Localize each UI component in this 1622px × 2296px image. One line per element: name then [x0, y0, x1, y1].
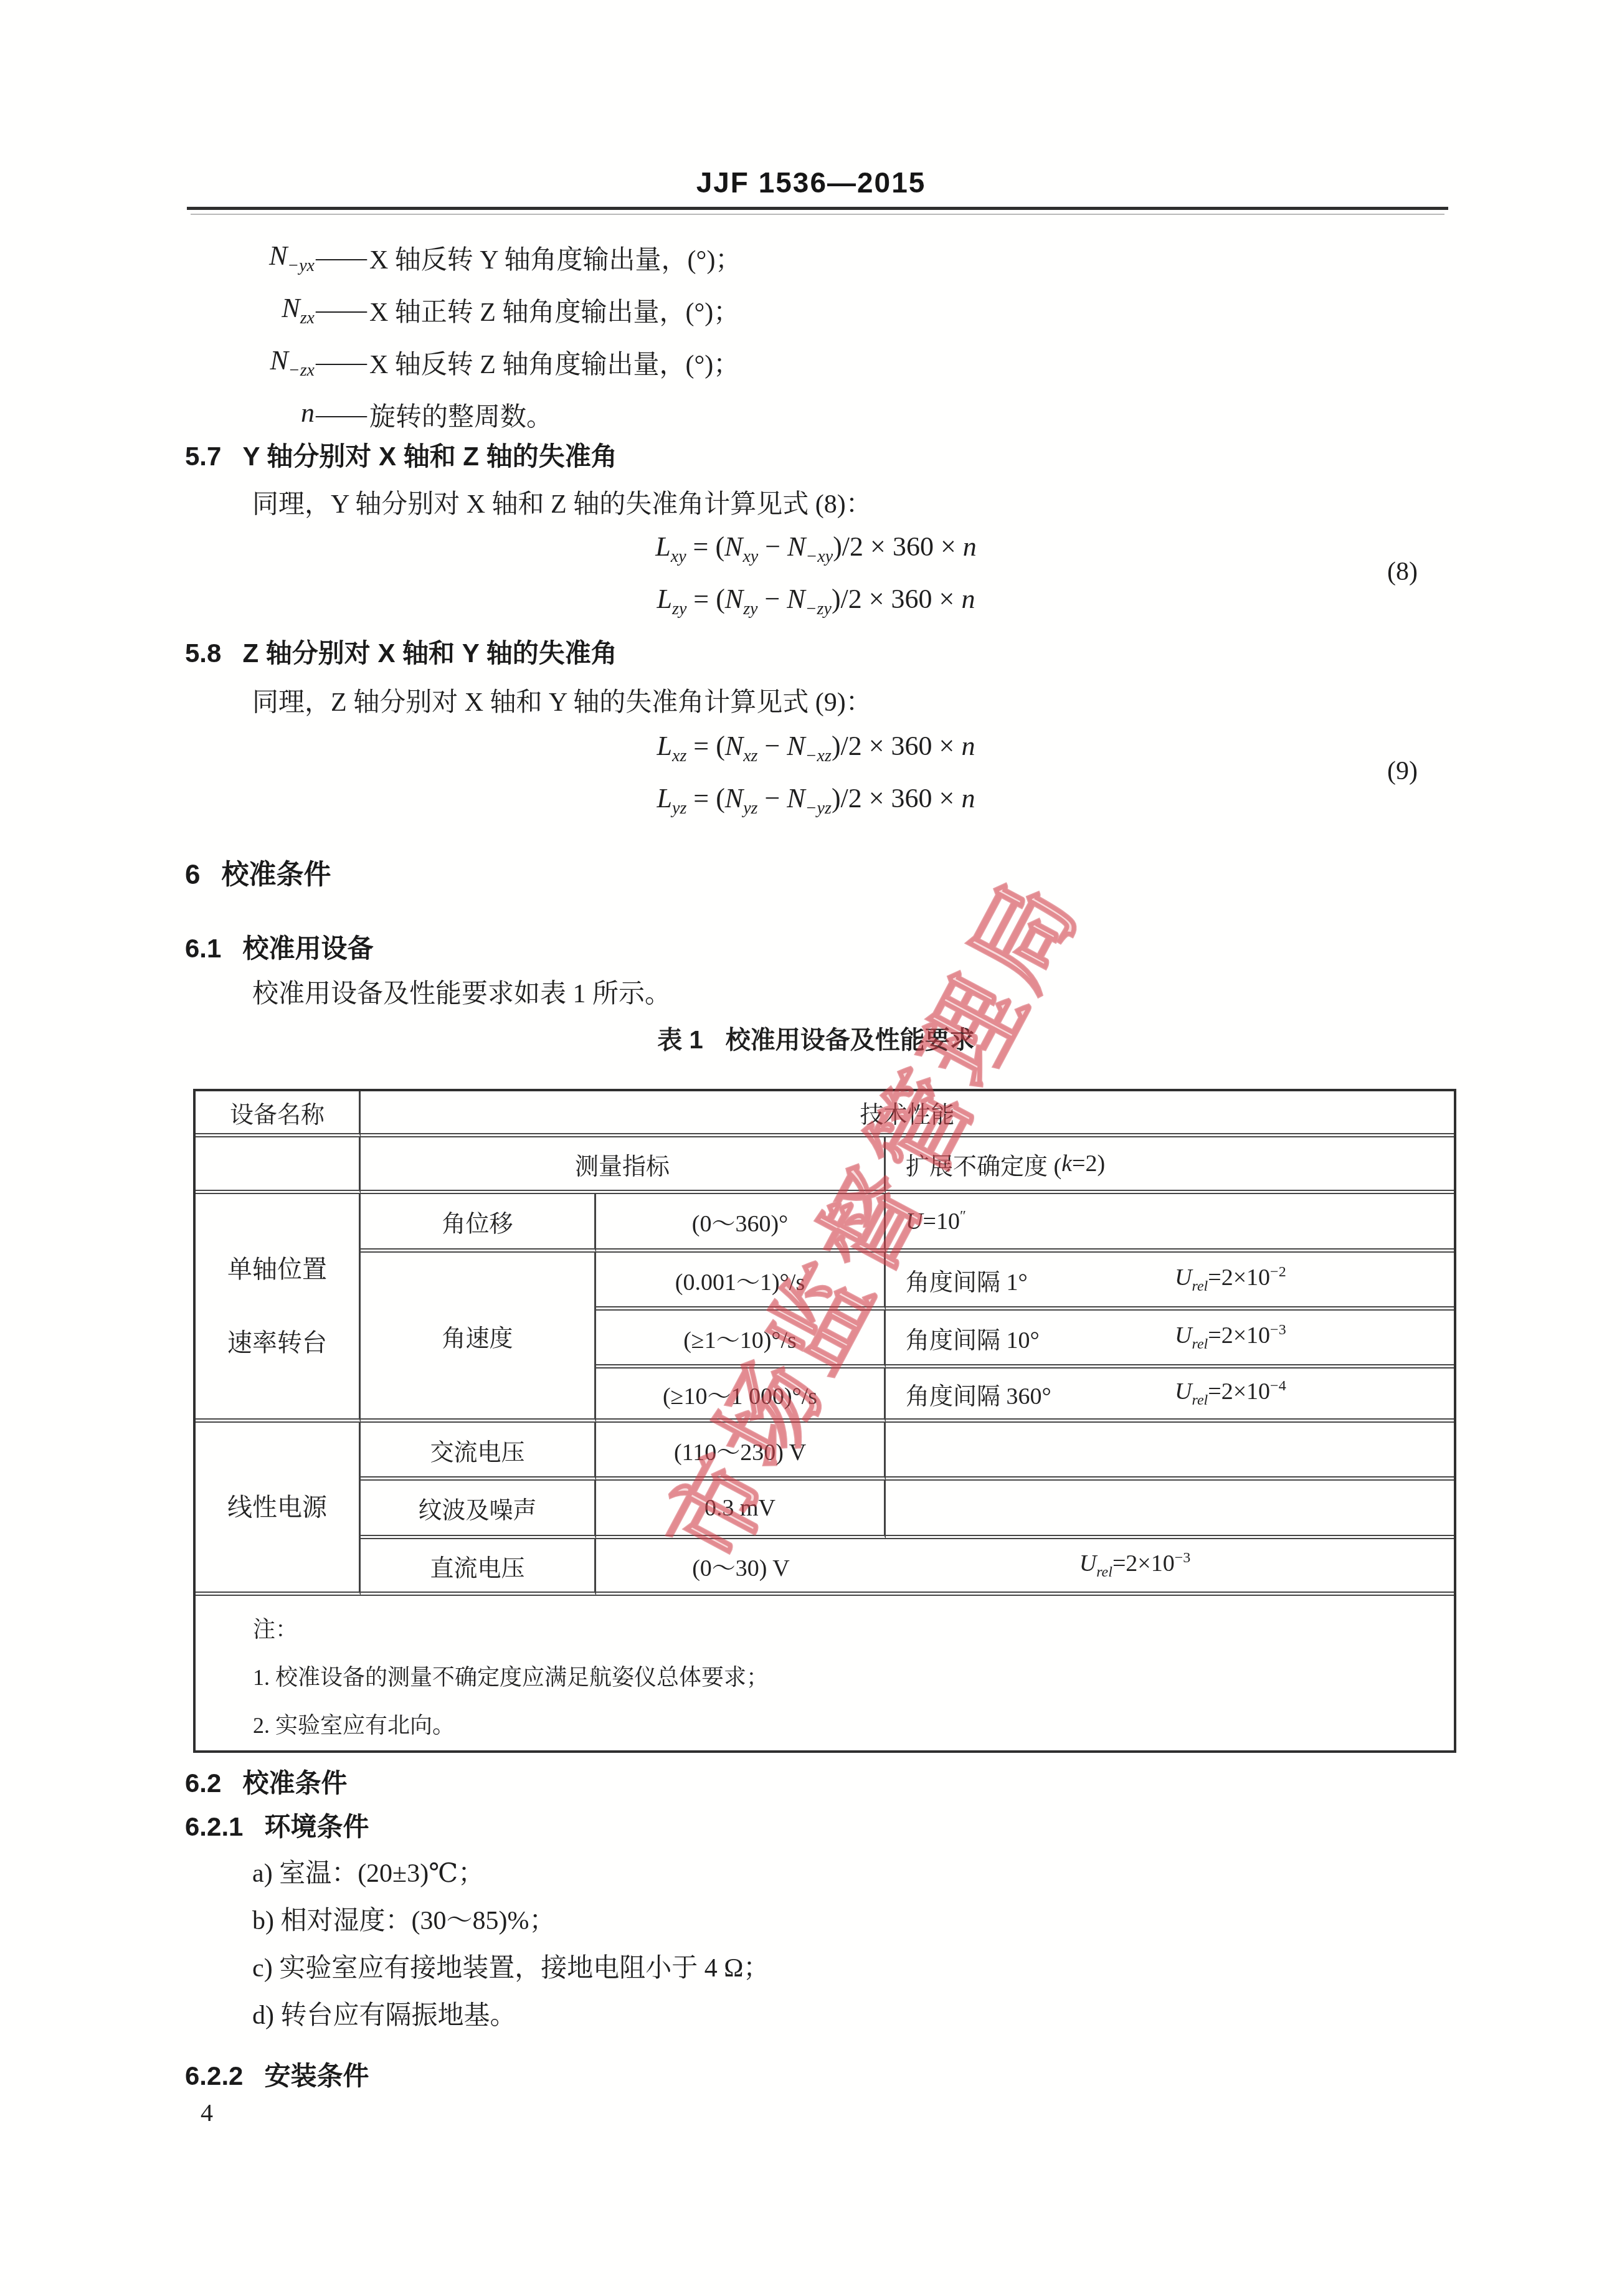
section-heading-5-8: 5.8Z 轴分别对 X 轴和 Y 轴的失准角 — [185, 633, 617, 670]
range-ripple-noise: 0.3 mV — [596, 1481, 886, 1539]
header-measure-metric: 测量指标 — [361, 1137, 886, 1194]
symbol: n — [206, 397, 315, 433]
uncertainty-rate-3: 角度间隔 360° Urel=2×10−4 — [886, 1369, 1454, 1423]
row-dc-voltage: 直流电压 — [361, 1539, 596, 1596]
definition-text: X 轴反转 Y 轴角度输出量，(°)； — [369, 239, 741, 277]
uncertainty-rate-1: 角度间隔 1° Urel=2×10−2 — [886, 1253, 1454, 1311]
formula-9-block: Lxz = (Nxz − N−xz)/2 × 360 × n Lyz = (Ny… — [187, 728, 1445, 840]
env-condition-a: a) 室温：(20±3)℃； — [252, 1852, 484, 1890]
header-tech-performance: 技术性能 — [361, 1091, 1454, 1137]
section-heading-6-2: 6.2校准条件 — [185, 1763, 347, 1800]
formula-line: Lzy = (Nzy − N−zy)/2 × 360 × n — [187, 583, 1445, 619]
section-paragraph-5-8: 同理，Z 轴分别对 X 轴和 Y 轴的失准角计算见式 (9)： — [252, 681, 872, 719]
note-item-1: 1. 校准设备的测量不确定度应满足航姿仪总体要求； — [253, 1654, 769, 1702]
device-group-turntable: 单轴位置速率转台 — [196, 1194, 361, 1423]
env-condition-d: d) 转台应有隔振地基。 — [252, 1995, 516, 2032]
section-paragraph-6-1: 校准用设备及性能要求如表 1 所示。 — [252, 973, 671, 1010]
definition-item: n —— 旋转的整周数。 — [206, 389, 1389, 441]
table-notes: 注： 1. 校准设备的测量不确定度应满足航姿仪总体要求； 2. 实验室应有北向。 — [196, 1596, 1454, 1750]
section-heading-6-2-1: 6.2.1环境条件 — [185, 1806, 369, 1844]
row-ripple-noise: 纹波及噪声 — [361, 1481, 596, 1539]
em-dash: —— — [316, 295, 366, 325]
document-page: JJF 1536—2015 N−yx —— X 轴反转 Y 轴角度输出量，(°)… — [0, 0, 1622, 2296]
section-heading-6: 6校准条件 — [185, 852, 331, 892]
definition-text: 旋转的整周数。 — [369, 396, 553, 434]
definition-item: Nzx —— X 轴正转 Z 轴角度输出量，(°)； — [206, 284, 1389, 336]
header-expanded-uncertainty: 扩展不确定度 (k=2) — [886, 1137, 1454, 1194]
em-dash: —— — [316, 243, 366, 273]
note-item-2: 2. 实验室应有北向。 — [253, 1702, 455, 1750]
uncertainty-rate-2: 角度间隔 10° Urel=2×10−3 — [886, 1311, 1454, 1369]
equation-number: (9) — [1387, 756, 1418, 786]
formula-8-block: Lxy = (Nxy − N−xy)/2 × 360 × n Lzy = (Nz… — [187, 528, 1445, 640]
range-rate-2: (≥1～10)°/s — [596, 1311, 886, 1369]
row-angle-displacement: 角位移 — [361, 1194, 596, 1253]
range-rate-3: (≥10～1 000)°/s — [596, 1369, 886, 1423]
device-group-linear-power: 线性电源 — [196, 1423, 361, 1596]
uncertainty-angle-displacement: U=10″ — [886, 1194, 1454, 1253]
symbol: Nzx — [206, 292, 315, 328]
range-dc-voltage: (0～30) V — [596, 1549, 886, 1583]
header-device-name: 设备名称 — [196, 1091, 361, 1137]
table-caption: 表 1校准用设备及性能要求 — [187, 1020, 1445, 1056]
dc-voltage-merged-cell: (0～30) V Urel=2×10−3 — [596, 1539, 1454, 1596]
header-rule — [187, 207, 1448, 210]
section-heading-5-7: 5.7Y 轴分别对 X 轴和 Z 轴的失准角 — [185, 436, 617, 473]
definition-text: X 轴正转 Z 轴角度输出量，(°)； — [369, 292, 739, 329]
definition-item: N−yx —— X 轴反转 Y 轴角度输出量，(°)； — [206, 232, 1389, 284]
empty-cell — [886, 1481, 1454, 1539]
equation-number: (8) — [1387, 557, 1418, 587]
env-condition-b: b) 相对湿度：(30～85)%； — [252, 1900, 555, 1937]
env-condition-c: c) 实验室应有接地装置，接地电阻小于 4 Ω； — [252, 1947, 769, 1985]
symbol: N−yx — [206, 240, 315, 276]
range-rate-1: (0.001～1)°/s — [596, 1253, 886, 1311]
uncertainty-dc-voltage: Urel=2×10−3 — [886, 1550, 1384, 1581]
section-paragraph-5-7: 同理，Y 轴分别对 X 轴和 Z 轴的失准角计算见式 (8)： — [252, 483, 872, 521]
row-ac-voltage: 交流电压 — [361, 1423, 596, 1481]
definition-text: X 轴反转 Z 轴角度输出量，(°)； — [369, 344, 739, 381]
row-angle-rate: 角速度 — [361, 1253, 596, 1423]
section-heading-6-1: 6.1校准用设备 — [185, 928, 373, 965]
definition-item: N−zx —— X 轴反转 Z 轴角度输出量，(°)； — [206, 336, 1389, 389]
range-ac-voltage: (110～230) V — [596, 1423, 886, 1481]
formula-line: Lxz = (Nxz − N−xz)/2 × 360 × n — [187, 730, 1445, 766]
section-heading-6-2-2: 6.2.2安装条件 — [185, 2056, 369, 2093]
range-angle-displacement: (0～360)° — [596, 1194, 886, 1253]
formula-line: Lxy = (Nxy − N−xy)/2 × 360 × n — [187, 531, 1445, 567]
symbol: N−zx — [206, 344, 315, 381]
empty-cell — [196, 1137, 361, 1194]
empty-cell — [886, 1423, 1454, 1481]
symbol-definition-list: N−yx —— X 轴反转 Y 轴角度输出量，(°)； Nzx —— X 轴正转… — [206, 232, 1389, 441]
page-number: 4 — [201, 2098, 213, 2127]
formula-line: Lyz = (Nyz − N−yz)/2 × 360 × n — [187, 782, 1445, 818]
header-rule-shadow — [191, 214, 1444, 215]
em-dash: —— — [316, 348, 366, 377]
note-title: 注： — [253, 1606, 298, 1654]
table-1: 设备名称 技术性能 测量指标 扩展不确定度 (k=2) 单轴位置速率转台 角位移… — [193, 1089, 1456, 1753]
em-dash: —— — [316, 400, 366, 430]
doc-code-header: JJF 1536—2015 — [0, 166, 1622, 199]
